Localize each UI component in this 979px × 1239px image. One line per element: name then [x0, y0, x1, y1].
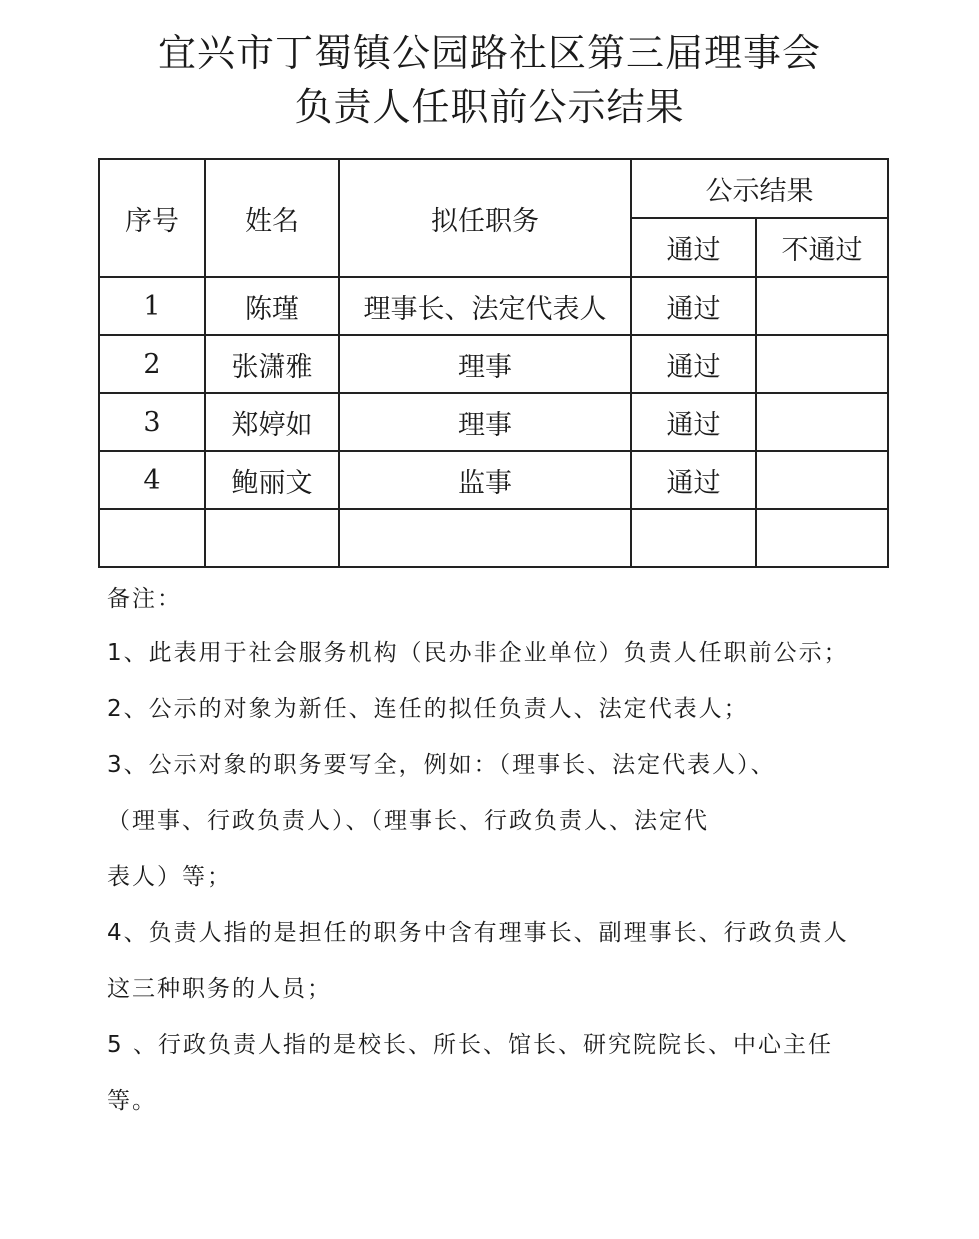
cell-name: 张潇雅 — [205, 335, 339, 393]
cell-pass: 通过 — [631, 393, 756, 451]
cell-name: 陈瑾 — [205, 277, 339, 335]
cell-index — [99, 509, 205, 567]
cell-position: 监事 — [339, 451, 631, 509]
note-line: 3、公示对象的职务要写全，例如：（理事长、法定代表人）、 — [107, 746, 887, 802]
note-line: 表人）等； — [107, 858, 887, 914]
cell-fail — [756, 277, 888, 335]
cell-name: 鲍丽文 — [205, 451, 339, 509]
document-title-line-2: 负责人任职前公示结果 — [0, 82, 979, 132]
table-row: 2 张潇雅 理事 通过 — [99, 335, 888, 393]
cell-index: 1 — [99, 277, 205, 335]
cell-pass — [631, 509, 756, 567]
cell-fail — [756, 509, 888, 567]
appointment-result-table: 序号 姓名 拟任职务 公示结果 通过 不通过 1 陈瑾 理事长、法定代表人 通过… — [98, 158, 889, 568]
table-row: 1 陈瑾 理事长、法定代表人 通过 — [99, 277, 888, 335]
cell-name — [205, 509, 339, 567]
header-fail: 不通过 — [756, 218, 888, 277]
cell-index: 2 — [99, 335, 205, 393]
note-line: 4、负责人指的是担任的职务中含有理事长、副理事长、行政负责人 — [107, 914, 887, 970]
cell-pass: 通过 — [631, 277, 756, 335]
notes-header: 备注： — [107, 580, 887, 634]
note-line: 这三种职务的人员； — [107, 970, 887, 1026]
cell-fail — [756, 335, 888, 393]
cell-position: 理事 — [339, 393, 631, 451]
table-header-row: 序号 姓名 拟任职务 公示结果 — [99, 159, 888, 218]
cell-pass: 通过 — [631, 335, 756, 393]
header-index: 序号 — [99, 159, 205, 277]
header-name: 姓名 — [205, 159, 339, 277]
table-row: 3 郑婷如 理事 通过 — [99, 393, 888, 451]
header-result-group: 公示结果 — [631, 159, 888, 218]
note-line: （理事、行政负责人）、（理事长、行政负责人、法定代 — [107, 802, 887, 858]
cell-pass: 通过 — [631, 451, 756, 509]
note-line: 2、公示的对象为新任、连任的拟任负责人、法定代表人； — [107, 690, 887, 746]
document-title-line-1: 宜兴市丁蜀镇公园路社区第三届理事会 — [0, 28, 979, 78]
note-line: 1、此表用于社会服务机构（民办非企业单位）负责人任职前公示； — [107, 634, 887, 690]
note-line: 5 、行政负责人指的是校长、所长、馆长、研究院院长、中心主任 — [107, 1026, 887, 1082]
note-line: 等。 — [107, 1082, 887, 1138]
notes-section: 备注： 1、此表用于社会服务机构（民办非企业单位）负责人任职前公示； 2、公示的… — [107, 580, 887, 1138]
cell-fail — [756, 393, 888, 451]
cell-index: 4 — [99, 451, 205, 509]
header-position: 拟任职务 — [339, 159, 631, 277]
table-row: 4 鲍丽文 监事 通过 — [99, 451, 888, 509]
cell-position: 理事长、法定代表人 — [339, 277, 631, 335]
cell-name: 郑婷如 — [205, 393, 339, 451]
cell-fail — [756, 451, 888, 509]
cell-position: 理事 — [339, 335, 631, 393]
header-pass: 通过 — [631, 218, 756, 277]
cell-position — [339, 509, 631, 567]
table-row-empty — [99, 509, 888, 567]
cell-index: 3 — [99, 393, 205, 451]
